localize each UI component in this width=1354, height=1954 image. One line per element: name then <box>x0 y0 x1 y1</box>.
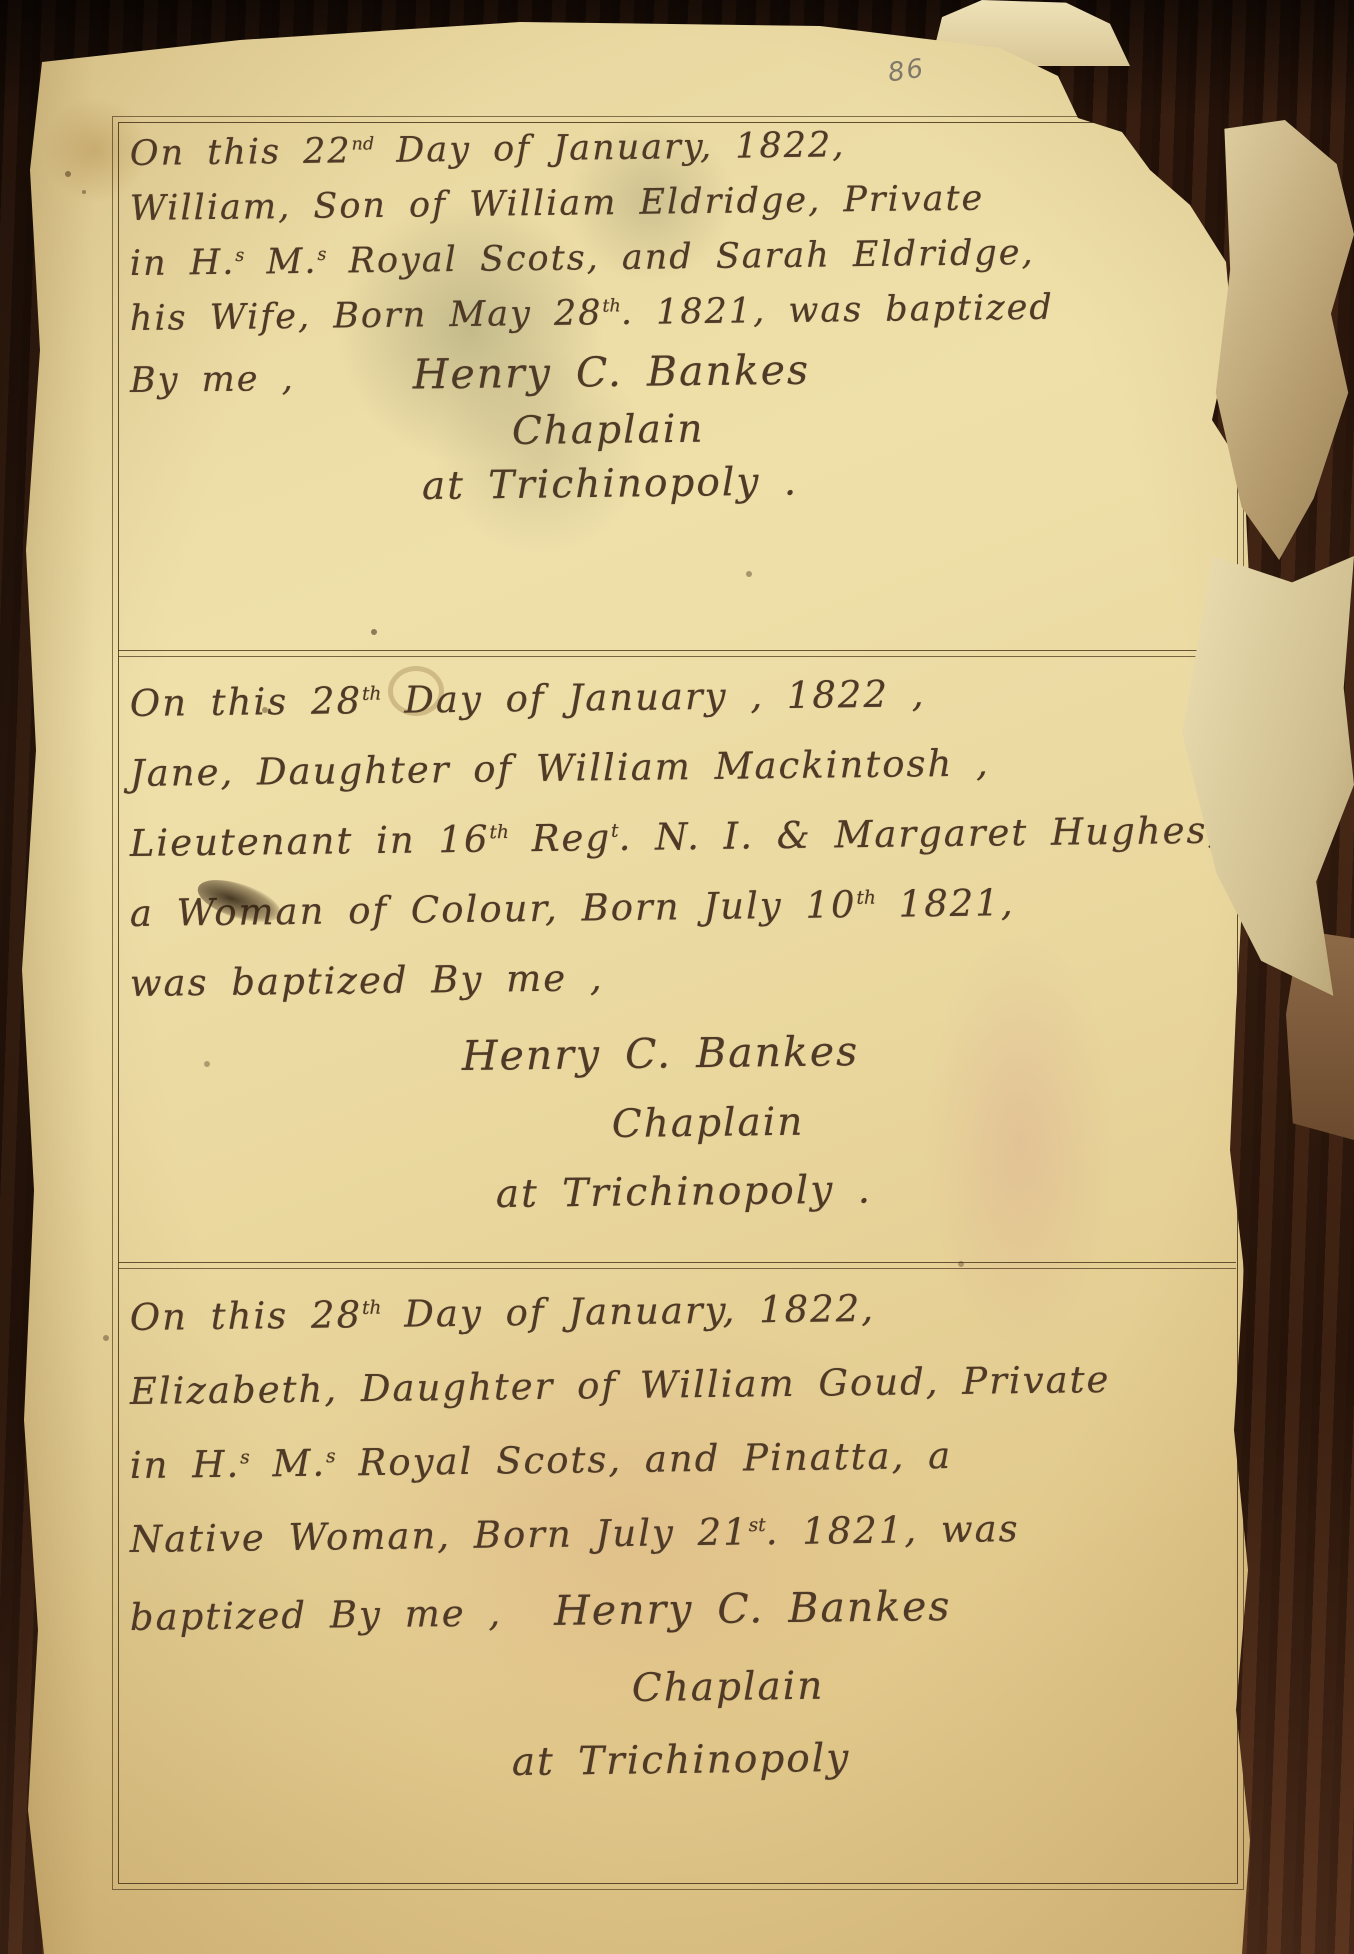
handwriting-text: On this 28 <box>130 1293 363 1339</box>
handwriting-text: Henry C. Bankes <box>554 1582 952 1635</box>
manuscript-line: Chaplain <box>512 400 1227 464</box>
handwriting-text: at Trichinopoly . <box>422 459 799 509</box>
ink-speckles <box>0 0 4 4</box>
handwriting-text: Royal Scots, and Pinatta, a <box>335 1434 952 1485</box>
superscript-ordinal: th <box>362 684 382 705</box>
handwriting-text: was baptized By me , <box>130 956 604 1005</box>
chaplain-signature: Henry C. Bankes <box>554 1582 952 1635</box>
handwriting-text: Day of January, 1822, <box>381 1287 875 1336</box>
handwriting-text: Lieutenant in 16 <box>130 818 490 865</box>
manuscript-line: Chaplain <box>632 1659 1227 1740</box>
chaplain-signature: Henry C. Bankes <box>462 1023 1227 1102</box>
chaplain-signature: Henry C. Bankes <box>412 346 810 399</box>
baptism-entry-2: On this 28th Day of January , 1822 ,Jane… <box>130 668 1226 1242</box>
handwriting-text: By me , <box>130 359 295 401</box>
handwriting-text: M. <box>244 242 318 283</box>
manuscript-line: was baptized By me , <box>130 949 1227 1032</box>
superscript-ordinal: th <box>602 296 621 316</box>
handwriting-text: . N. I. & Margaret Hughes, <box>618 809 1221 859</box>
superscript-ordinal: nd <box>351 134 374 154</box>
superscript-ordinal: s <box>326 1446 336 1467</box>
manuscript-line: Native Woman, Born July 21st. 1821, was <box>130 1505 1227 1592</box>
section-divider <box>118 1262 1236 1269</box>
superscript-ordinal: s <box>240 1447 250 1468</box>
superscript-ordinal: th <box>856 888 876 909</box>
handwriting-text: M. <box>249 1442 326 1486</box>
manuscript-line: Lieutenant in 16th Regt. N. I. & Margare… <box>130 809 1227 892</box>
handwriting-text: Jane, Daughter of William Mackintosh , <box>130 741 990 795</box>
superscript-ordinal: st <box>749 1515 766 1536</box>
pencil-page-number: 86 <box>886 54 927 89</box>
handwriting-text: baptized By me , <box>130 1591 503 1639</box>
manuscript-line: Jane, Daughter of William Mackintosh , <box>130 739 1227 822</box>
manuscript-line: in H.s M.s Royal Scots, and Pinatta, a <box>130 1431 1227 1518</box>
handwriting-text: On this 22 <box>130 131 352 174</box>
handwriting-text: Chaplain <box>612 1100 805 1147</box>
handwriting-text: Reg <box>509 816 612 860</box>
superscript-ordinal: s <box>317 245 326 265</box>
superscript-ordinal: s <box>235 246 244 266</box>
photo-background: 86 On this 22nd Day of January, 1822,Wil… <box>0 0 1354 1954</box>
manuscript-line: Chaplain <box>612 1095 1227 1172</box>
handwriting-text: baptized By me , <box>130 1591 503 1639</box>
baptism-entry-1: On this 22nd Day of January, 1822,Willia… <box>130 134 1226 519</box>
handwriting-text: . 1821, was <box>765 1507 1019 1553</box>
manuscript-line: at Trichinopoly . <box>422 454 1227 519</box>
handwriting-text: at Trichinopoly . <box>496 1167 873 1217</box>
handwriting-text: his Wife, Born May 28 <box>130 293 603 339</box>
handwriting-text: . 1821, was baptized <box>621 288 1054 333</box>
section-divider <box>118 650 1236 657</box>
manuscript-line: Elizabeth, Daughter of William Goud, Pri… <box>130 1357 1227 1444</box>
handwriting-text: Royal Scots, and Sarah Eldridge, <box>326 233 1035 282</box>
handwriting-text: 1821, <box>876 881 1015 926</box>
handwriting-text: at Trichinopoly <box>512 1736 851 1785</box>
manuscript-line: baptized By me ,Henry C. Bankes <box>130 1579 1227 1666</box>
manuscript-line: On this 28th Day of January, 1822, <box>130 1283 1227 1370</box>
handwriting-text: By me , <box>130 359 295 401</box>
handwriting-text: Day of January, 1822, <box>374 125 846 171</box>
handwriting-text: Native Woman, Born July 21 <box>130 1510 749 1561</box>
handwriting-text: in H. <box>130 1443 241 1487</box>
baptism-entry-3: On this 28th Day of January, 1822,Elizab… <box>130 1280 1226 1814</box>
handwriting-text: Henry C. Bankes <box>462 1027 860 1080</box>
handwriting-text: Chaplain <box>632 1664 825 1711</box>
manuscript-line: a Woman of Colour, Born July 10th 1821, <box>130 879 1227 962</box>
manuscript-line: On this 28th Day of January , 1822 , <box>130 669 1227 752</box>
superscript-ordinal: th <box>489 822 509 843</box>
manuscript-line: at Trichinopoly . <box>496 1163 1227 1242</box>
register-page: 86 On this 22nd Day of January, 1822,Wil… <box>0 0 1354 1954</box>
handwriting-text: Henry C. Bankes <box>412 346 810 399</box>
manuscript-line: at Trichinopoly <box>512 1731 1227 1814</box>
handwriting-text: On this 28 <box>130 679 363 725</box>
handwriting-text: Chaplain <box>512 407 705 454</box>
handwriting-text: in H. <box>130 243 236 284</box>
superscript-ordinal: th <box>362 1298 382 1319</box>
handwriting-text: Day of January , 1822 , <box>381 672 926 722</box>
